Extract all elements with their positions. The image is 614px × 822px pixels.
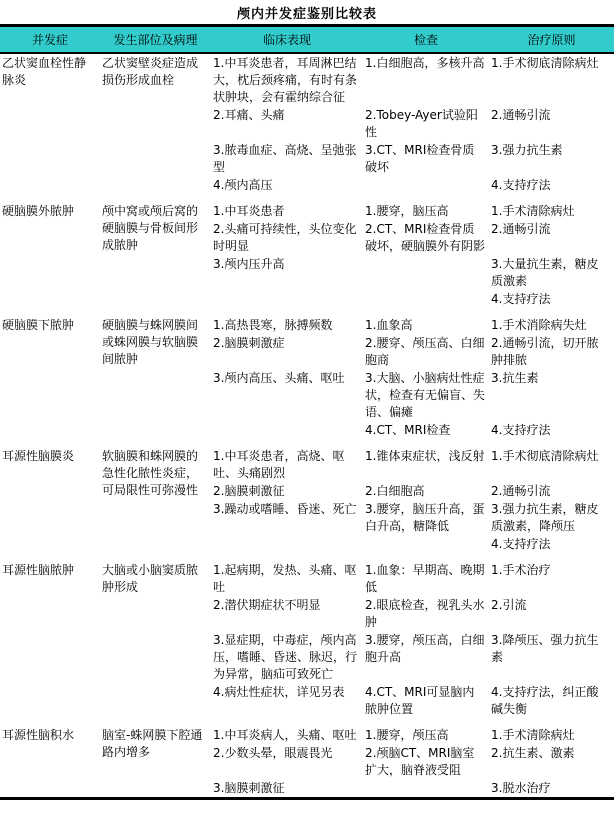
complication-cell: 乙状窦血栓性静脉炎 [0, 53, 100, 194]
treatment-cell: 2.通畅引流 [489, 220, 614, 255]
clinical-cell: 3.脑膜刺激征 [211, 779, 363, 799]
pathology-cell: 大脑或小脑窦质脓肿形成 [100, 561, 211, 718]
treatment-cell: 3.抗生素 [489, 369, 614, 421]
treatment-cell: 1.手术消除病失灶 [489, 316, 614, 334]
header-complication: 并发症 [0, 26, 100, 54]
clinical-cell: 2.潜伏期症状不明显 [211, 596, 363, 631]
table-row: 耳源性脑积水脑室-蛛网膜下腔通路内增多1.中耳炎病人，头痛、呕吐1.腰穿，颅压高… [0, 726, 614, 744]
page-title: 颅内并发症鉴别比较表 [0, 0, 614, 24]
clinical-cell: 3.躁动或嗜睡、昏迷、死亡 [211, 500, 363, 535]
clinical-cell: 2.脑膜刺激症 [211, 334, 363, 369]
treatment-cell: 1.手术彻底清除病灶 [489, 53, 614, 106]
exam-cell: 1.腰穿，脑压高 [363, 202, 489, 220]
row-spacer [0, 194, 614, 202]
table-header: 并发症 发生部位及病理 临床表现 检查 治疗原则 [0, 26, 614, 54]
clinical-cell [211, 290, 363, 308]
exam-cell: 3.大脑、小脑病灶性症状，检查有无偏盲、失语、偏瘫 [363, 369, 489, 421]
clinical-cell: 2.脑膜刺激征 [211, 482, 363, 500]
treatment-cell: 1.手术治疗 [489, 561, 614, 596]
complication-cell: 硬脑膜下脓肿 [0, 316, 100, 439]
row-spacer [0, 553, 614, 561]
treatment-cell: 3.脱水治疗 [489, 779, 614, 799]
complication-cell: 硬脑膜外脓肿 [0, 202, 100, 308]
clinical-cell: 1.高热畏寒，脉搏频数 [211, 316, 363, 334]
pathology-cell: 脑室-蛛网膜下腔通路内增多 [100, 726, 211, 799]
treatment-cell: 4.支持疗法 [489, 535, 614, 553]
pathology-cell: 软脑膜和蛛网膜的急性化脓性炎症，可局限性可弥漫性 [100, 447, 211, 553]
treatment-cell: 3.强力抗生素，糖皮质激素，降颅压 [489, 500, 614, 535]
header-pathology: 发生部位及病理 [100, 26, 211, 54]
exam-cell: 2.CT、MRI检查骨质破坏，硬脑膜外有阴影 [363, 220, 489, 255]
exam-cell [363, 779, 489, 799]
clinical-cell [211, 421, 363, 439]
exam-cell [363, 290, 489, 308]
comparison-table: 并发症 发生部位及病理 临床表现 检查 治疗原则 乙状窦血栓性静脉炎乙状窦壁炎症… [0, 24, 614, 800]
clinical-cell: 3.颅内高压、头痛、呕吐 [211, 369, 363, 421]
table-row: 硬脑膜外脓肿颅中窝或颅后窝的硬脑膜与骨板间形成脓肿1.中耳炎患者1.腰穿，脑压高… [0, 202, 614, 220]
pathology-cell: 硬脑膜与蛛网膜间或蛛网膜与软脑膜间脓肿 [100, 316, 211, 439]
treatment-cell: 1.手术清除病灶 [489, 726, 614, 744]
treatment-cell: 1.手术彻底清除病灶 [489, 447, 614, 482]
complication-cell: 耳源性脑脓肿 [0, 561, 100, 718]
row-spacer-cell [0, 308, 614, 316]
comparison-table-page: 颅内并发症鉴别比较表 并发症 发生部位及病理 临床表现 检查 治疗原则 乙状窦血… [0, 0, 614, 800]
exam-cell [363, 535, 489, 553]
treatment-cell: 3.降颅压、强力抗生素 [489, 631, 614, 683]
exam-cell: 1.腰穿，颅压高 [363, 726, 489, 744]
header-row: 并发症 发生部位及病理 临床表现 检查 治疗原则 [0, 26, 614, 54]
pathology-cell: 颅中窝或颅后窝的硬脑膜与骨板间形成脓肿 [100, 202, 211, 308]
header-treatment: 治疗原则 [489, 26, 614, 54]
clinical-cell: 1.起病期，发热、头痛、呕吐 [211, 561, 363, 596]
treatment-cell: 1.手术清除病灶 [489, 202, 614, 220]
clinical-cell: 1.中耳炎患者，耳周淋巴结大，枕后颈疼痛，有时有条状肿块，会有霍纳综合征 [211, 53, 363, 106]
clinical-cell: 4.病灶性症状，详见另表 [211, 683, 363, 718]
treatment-cell: 2.引流 [489, 596, 614, 631]
table-row: 耳源性脑脓肿大脑或小脑窦质脓肿形成1.起病期，发热、头痛、呕吐1.血象：早期高、… [0, 561, 614, 596]
exam-cell: 2.Tobey-Ayer试验阳性 [363, 106, 489, 141]
row-spacer-cell [0, 718, 614, 726]
clinical-cell: 3.颅内压升高 [211, 255, 363, 290]
table-row: 硬脑膜下脓肿硬脑膜与蛛网膜间或蛛网膜与软脑膜间脓肿1.高热畏寒，脉搏频数1.血象… [0, 316, 614, 334]
treatment-cell: 3.大量抗生素，糖皮质激素 [489, 255, 614, 290]
exam-cell: 1.血象：早期高、晚期低 [363, 561, 489, 596]
exam-cell: 3.腰穿，颅压高，白细胞升高 [363, 631, 489, 683]
exam-cell: 3.腰穿，脑压升高，蛋白升高，糖降低 [363, 500, 489, 535]
treatment-cell: 4.支持疗法 [489, 176, 614, 194]
treatment-cell: 4.支持疗法 [489, 290, 614, 308]
treatment-cell: 2.通畅引流 [489, 106, 614, 141]
treatment-cell: 4.支持疗法 [489, 421, 614, 439]
exam-cell: 1.血象高 [363, 316, 489, 334]
treatment-cell: 2.通畅引流，切开脓肿排脓 [489, 334, 614, 369]
row-spacer [0, 439, 614, 447]
exam-cell [363, 176, 489, 194]
clinical-cell: 1.中耳炎患者 [211, 202, 363, 220]
exam-cell: 3.CT、MRI检查骨质破坏 [363, 141, 489, 176]
clinical-cell: 3.显症期，中毒症，颅内高压，嗜睡、昏迷、脉迟，行为异常，脑疝可致死亡 [211, 631, 363, 683]
clinical-cell: 2.头痛可持续性，头位变化时明显 [211, 220, 363, 255]
clinical-cell: 1.中耳炎患者，高烧、呕吐、头痛剧烈 [211, 447, 363, 482]
clinical-cell [211, 535, 363, 553]
table-row: 耳源性脑膜炎软脑膜和蛛网膜的急性化脓性炎症，可局限性可弥漫性1.中耳炎患者，高烧… [0, 447, 614, 482]
table-body: 乙状窦血栓性静脉炎乙状窦壁炎症造成损伤形成血栓1.中耳炎患者，耳周淋巴结大，枕后… [0, 53, 614, 799]
exam-cell: 4.CT、MRI检查 [363, 421, 489, 439]
header-clinical: 临床表现 [211, 26, 363, 54]
row-spacer [0, 718, 614, 726]
exam-cell: 1.白细胞高，多核升高 [363, 53, 489, 106]
exam-cell [363, 255, 489, 290]
clinical-cell: 1.中耳炎病人，头痛、呕吐 [211, 726, 363, 744]
exam-cell: 4.CT、MRI可显脑内脓肿位置 [363, 683, 489, 718]
exam-cell: 2.白细胞高 [363, 482, 489, 500]
row-spacer-cell [0, 439, 614, 447]
clinical-cell: 2.耳痛、头痛 [211, 106, 363, 141]
exam-cell: 2.眼底检查，视乳头水肿 [363, 596, 489, 631]
row-spacer-cell [0, 194, 614, 202]
exam-cell: 2.腰穿、颅压高、白细胞商 [363, 334, 489, 369]
row-spacer-cell [0, 553, 614, 561]
pathology-cell: 乙状窦壁炎症造成损伤形成血栓 [100, 53, 211, 194]
exam-cell: 1.锥体束症状，浅反射 [363, 447, 489, 482]
exam-cell: 2.颅脑CT、MRI脑室扩大，脑脊液受阻 [363, 744, 489, 779]
treatment-cell: 2.通畅引流 [489, 482, 614, 500]
complication-cell: 耳源性脑膜炎 [0, 447, 100, 553]
header-exam: 检查 [363, 26, 489, 54]
treatment-cell: 2.抗生素、激素 [489, 744, 614, 779]
clinical-cell: 4.颅内高压 [211, 176, 363, 194]
clinical-cell: 2.少数头晕，眼震畏光 [211, 744, 363, 779]
clinical-cell: 3.脓毒血症、高烧、呈弛张型 [211, 141, 363, 176]
table-row: 乙状窦血栓性静脉炎乙状窦壁炎症造成损伤形成血栓1.中耳炎患者，耳周淋巴结大，枕后… [0, 53, 614, 106]
complication-cell: 耳源性脑积水 [0, 726, 100, 799]
row-spacer [0, 308, 614, 316]
treatment-cell: 4.支持疗法，纠正酸碱失衡 [489, 683, 614, 718]
treatment-cell: 3.强力抗生素 [489, 141, 614, 176]
